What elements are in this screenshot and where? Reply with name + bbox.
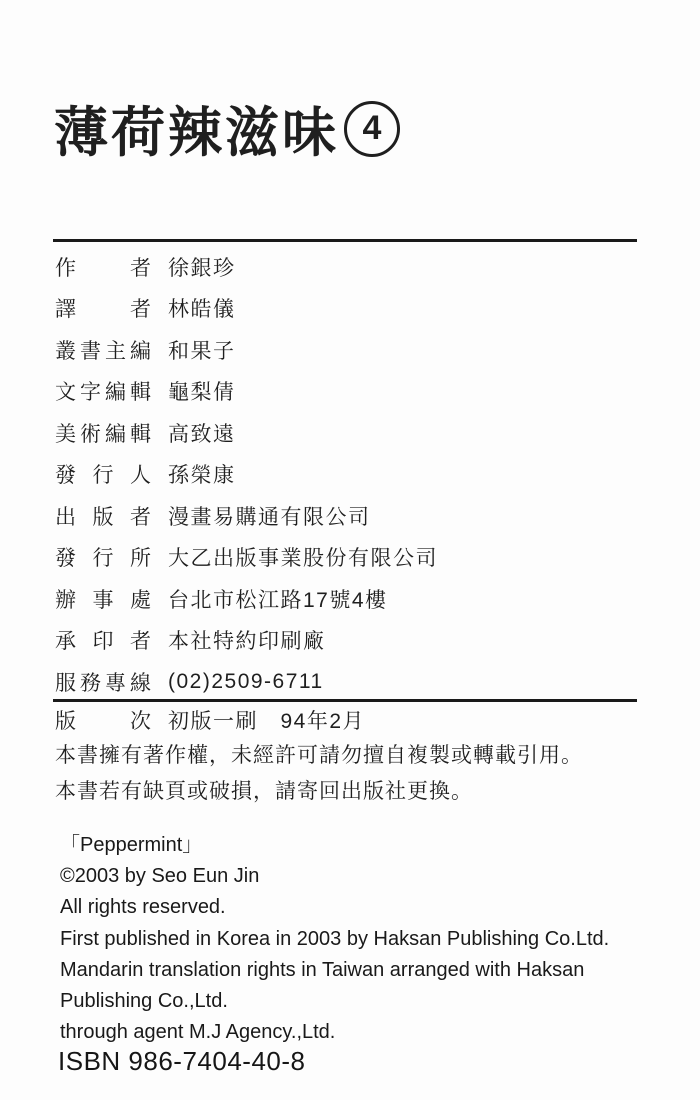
- credit-label: 文字編輯: [55, 376, 151, 406]
- credit-row-translator: 譯者 林皓儀: [55, 288, 645, 330]
- credit-row-distributor: 發行所 大乙出版事業股份有限公司: [55, 537, 645, 579]
- credit-value: 林皓儀: [168, 293, 236, 323]
- credit-row-office: 辦事處 台北市松江路17號4樓: [55, 578, 645, 620]
- book-title: 薄荷辣滋味 4: [54, 90, 400, 167]
- publishing-co-line: Publishing Co.,Ltd.: [60, 986, 670, 1017]
- credit-label: 服務專線: [55, 667, 151, 697]
- credit-row-text-editor: 文字編輯 龜梨倩: [55, 371, 645, 413]
- divider-top: [53, 239, 637, 242]
- credit-row-publisher-person: 發行人 孫榮康: [55, 454, 645, 496]
- rights-reserved-line: All rights reserved.: [60, 892, 670, 923]
- copyright-line: ©2003 by Seo Eun Jin: [60, 861, 670, 892]
- credit-value: (02)2509-6711: [168, 670, 324, 694]
- credit-row-service-line: 服務專線 (02)2509-6711: [55, 661, 645, 703]
- credit-label: 出版者: [55, 501, 151, 531]
- credit-label: 辦事處: [55, 584, 151, 614]
- credit-value: 孫榮康: [168, 459, 236, 489]
- credit-value: 大乙出版事業股份有限公司: [168, 542, 438, 572]
- credits-table: 作者 徐銀珍 譯者 林皓儀 叢書主編 和果子 文字編輯 龜梨倩 美術編輯 高致遠…: [55, 246, 645, 703]
- divider-mid: [53, 699, 637, 702]
- credit-label: 承印者: [55, 625, 151, 655]
- isbn-number: ISBN 986-7404-40-8: [58, 1046, 305, 1077]
- credit-row-printer: 承印者 本社特約印刷廠: [55, 620, 645, 662]
- credit-value: 漫畫易購通有限公司: [168, 501, 371, 531]
- english-colophon: 「Peppermint」 ©2003 by Seo Eun Jin All ri…: [60, 830, 670, 1048]
- credit-value: 龜梨倩: [168, 376, 236, 406]
- credit-row-author: 作者 徐銀珍: [55, 246, 645, 288]
- credit-label: 叢書主編: [55, 335, 151, 365]
- credit-value: 和果子: [168, 335, 236, 365]
- credit-label: 作者: [55, 252, 151, 282]
- credit-label: 發行所: [55, 542, 151, 572]
- credit-row-art-editor: 美術編輯 高致遠: [55, 412, 645, 454]
- rights-notes: 本書擁有著作權，未經許可請勿擅自複製或轉載引用。 本書若有缺頁或破損，請寄回出版…: [55, 738, 655, 810]
- credit-value: 徐銀珍: [168, 252, 236, 282]
- agent-line: through agent M.J Agency.,Ltd.: [60, 1017, 670, 1048]
- copyright-note: 本書擁有著作權，未經許可請勿擅自複製或轉載引用。: [55, 738, 655, 774]
- credit-row-series-editor: 叢書主編 和果子: [55, 329, 645, 371]
- credit-label: 美術編輯: [55, 418, 151, 448]
- credit-row-publisher-company: 出版者 漫畫易購通有限公司: [55, 495, 645, 537]
- edition-value: 初版一刷 94年2月: [168, 705, 365, 735]
- credit-value: 本社特約印刷廠: [168, 625, 326, 655]
- credit-label: 譯者: [55, 293, 151, 323]
- colophon-page: 薄荷辣滋味 4 作者 徐銀珍 譯者 林皓儀 叢書主編 和果子 文字編輯 龜梨倩 …: [0, 0, 700, 1100]
- book-title-text: 薄荷辣滋味: [54, 90, 339, 167]
- edition-row: 版次 初版一刷 94年2月: [55, 703, 645, 737]
- edition-label: 版次: [55, 705, 151, 735]
- translation-rights-line: Mandarin translation rights in Taiwan ar…: [60, 955, 670, 986]
- replacement-note: 本書若有缺頁或破損，請寄回出版社更換。: [55, 774, 655, 810]
- credit-label: 發行人: [55, 459, 151, 489]
- credit-value: 台北市松江路17號4樓: [168, 584, 388, 614]
- volume-badge: 4: [344, 101, 400, 157]
- credit-value: 高致遠: [168, 418, 236, 448]
- original-title-line: 「Peppermint」: [60, 830, 670, 861]
- first-published-line: First published in Korea in 2003 by Haks…: [60, 924, 670, 955]
